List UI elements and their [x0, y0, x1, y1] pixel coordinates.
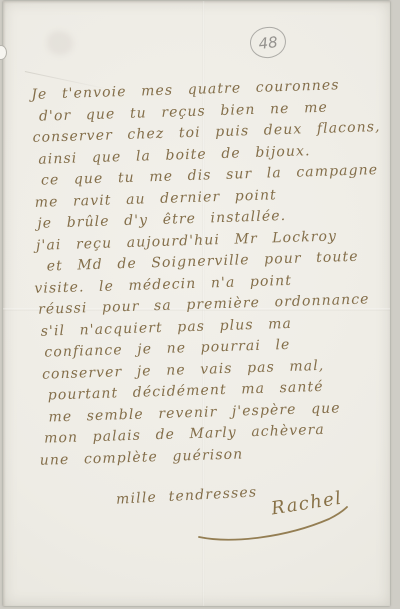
collection-number-pencil: 48: [248, 25, 287, 60]
letter-paper-sheet: 48 Je t'envoie mes quatre couronnesd'or …: [3, 1, 390, 606]
signature-flourish-icon: [195, 501, 353, 545]
letter-body: Je t'envoie mes quatre couronnesd'or que…: [28, 74, 400, 472]
faint-embossed-mark: [47, 31, 73, 55]
